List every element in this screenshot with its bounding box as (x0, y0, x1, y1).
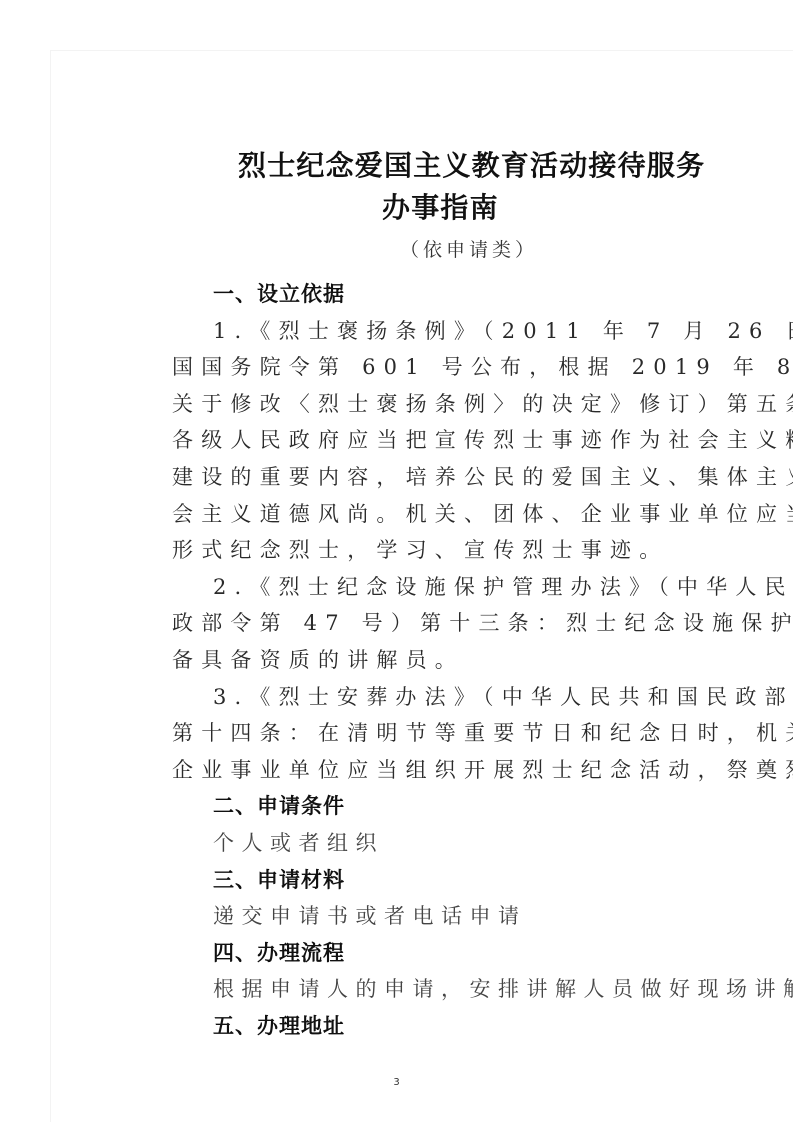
section-heading-address: 五、办理地址 (172, 1008, 732, 1045)
basis-line-8: 2.《烈士纪念设施保护管理办法》（中华人民共和国民 (172, 569, 732, 606)
document-title-line-2: 办事指南 (382, 188, 499, 228)
section-heading-materials: 三、申请材料 (172, 862, 732, 899)
document-title-line-1: 烈士纪念爱国主义教育活动接待服务 (238, 146, 705, 186)
basis-line-12: 第十四条：在清明节等重要节日和纪念日时，机关、团体、 (172, 715, 732, 752)
section-heading-basis: 一、设立依据 (172, 276, 732, 313)
section-heading-conditions: 二、申请条件 (172, 788, 732, 825)
page-number: 3 (0, 1077, 793, 1088)
conditions-text: 个人或者组织 (172, 825, 732, 862)
basis-line-2: 国国务院令第 601 号公布，根据 2019 年 8 月 1 日《国务院 (172, 349, 732, 386)
basis-line-7: 形式纪念烈士，学习、宣传烈士事迹。 (172, 532, 732, 569)
basis-line-1: 1.《烈士褒扬条例》（2011 年 7 月 26 日中华人民共和 (172, 313, 732, 350)
basis-line-10: 备具备资质的讲解员。 (172, 642, 732, 679)
document-body: 一、设立依据 1.《烈士褒扬条例》（2011 年 7 月 26 日中华人民共和 … (172, 276, 732, 1044)
basis-line-11: 3.《烈士安葬办法》（中华人民共和国民政部令第 46 号） (172, 679, 732, 716)
document-subtitle: （依申请类） (400, 236, 538, 264)
basis-line-9: 政部令第 47 号）第十三条：烈士纪念设施保护单位应当配 (172, 605, 732, 642)
basis-line-5: 建设的重要内容，培养公民的爱国主义、集体主义精神和社 (172, 459, 732, 496)
section-heading-process: 四、办理流程 (172, 935, 732, 972)
basis-line-4: 各级人民政府应当把宣传烈士事迹作为社会主义精神文明 (172, 422, 732, 459)
basis-line-6: 会主义道德风尚。机关、团体、企业事业单位应当采取多种 (172, 496, 732, 533)
process-text: 根据申请人的申请，安排讲解人员做好现场讲解 (172, 971, 732, 1008)
basis-line-3: 关于修改〈烈士褒扬条例〉的决定》修订）第五条第二款： (172, 386, 732, 423)
basis-line-13: 企业事业单位应当组织开展烈士纪念活动，祭奠烈士。 (172, 752, 732, 789)
materials-text: 递交申请书或者电话申请 (172, 898, 732, 935)
